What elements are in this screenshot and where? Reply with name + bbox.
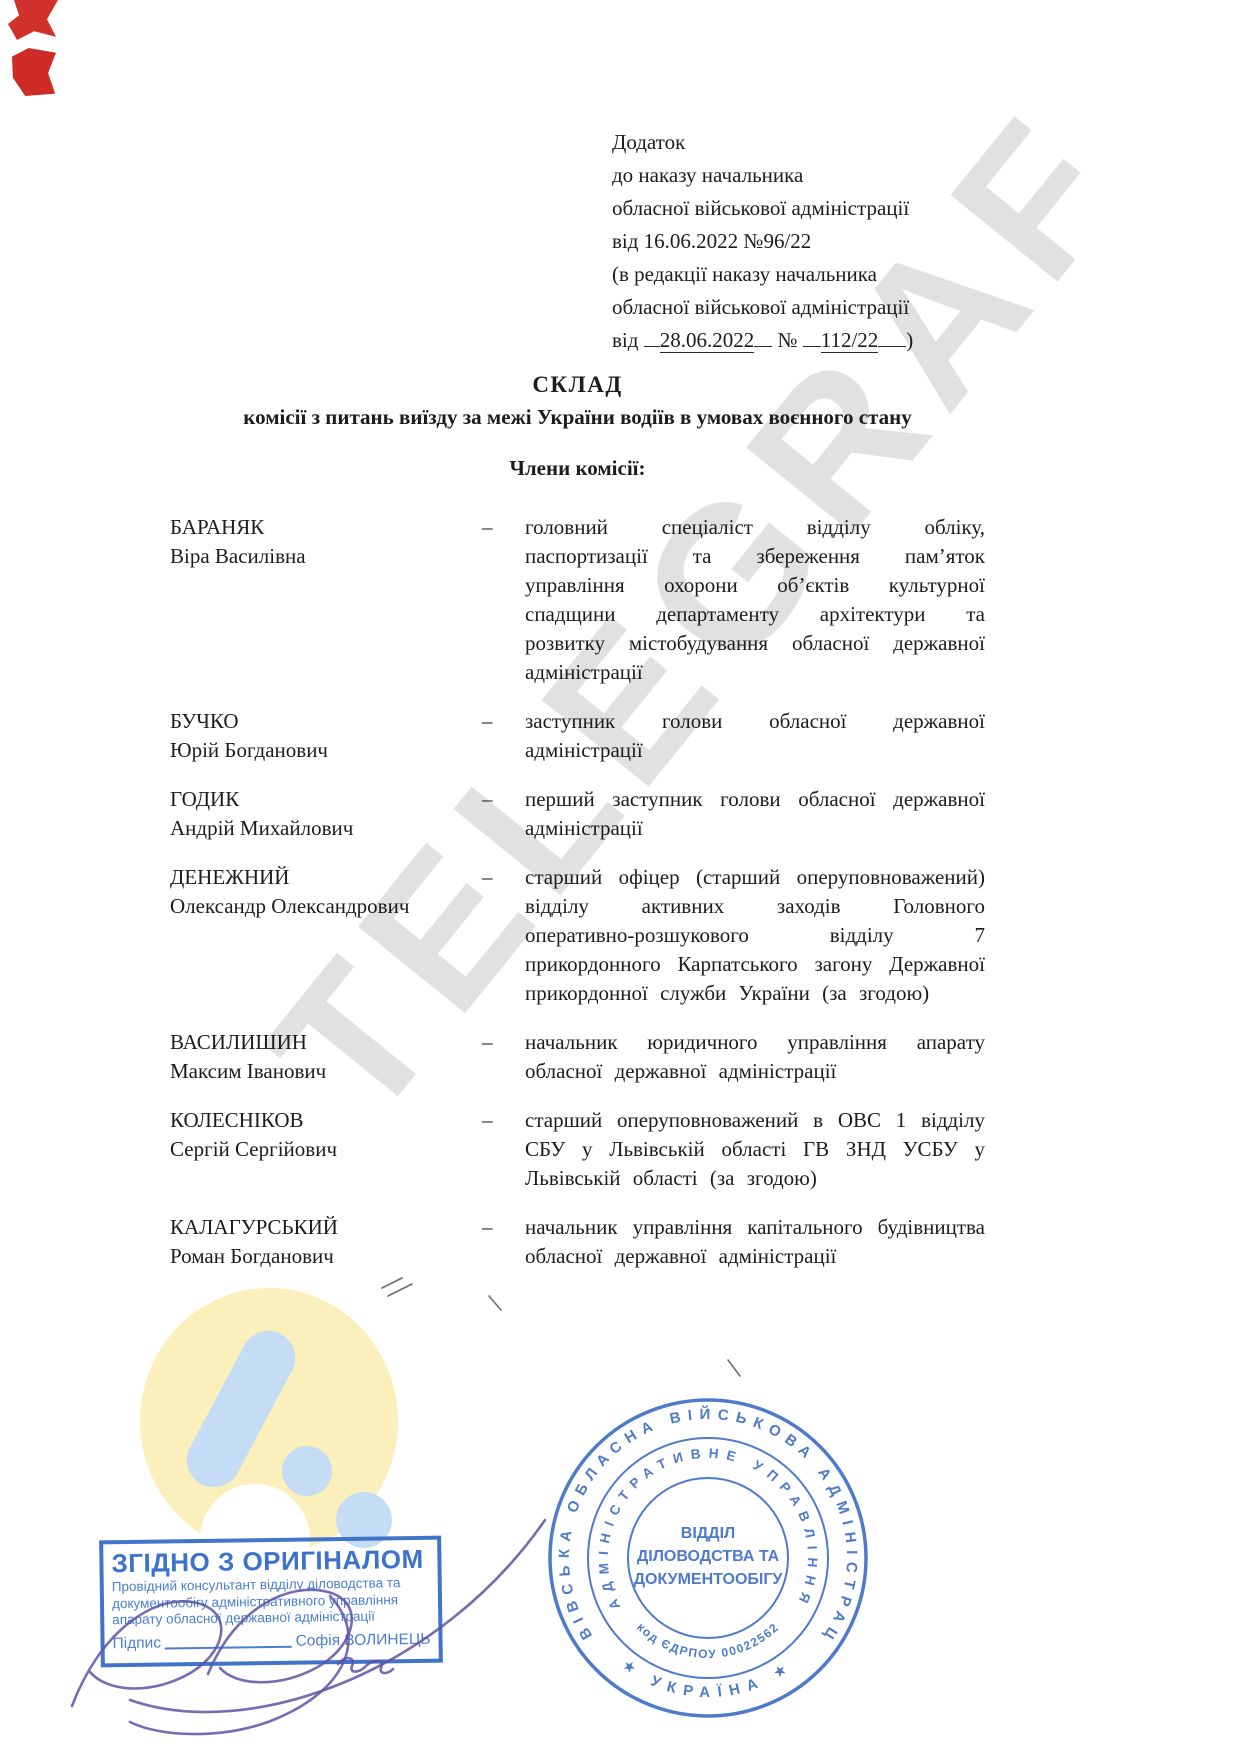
fillin-prefix: від xyxy=(612,328,638,352)
member-role: старший оперуповноважений в ОВС 1 відділ… xyxy=(525,1106,985,1193)
member-role: старший офіцер (старший оперуповноважени… xyxy=(525,863,985,1008)
member-surname: ГОДИК xyxy=(170,785,482,814)
dash-separator: – xyxy=(482,707,525,765)
member-name: КОЛЕСНІКОВ Сергій Сергійович xyxy=(170,1106,482,1193)
dash-separator: – xyxy=(482,1106,525,1193)
member-name: КАЛАГУРСЬКИЙ Роман Богданович xyxy=(170,1213,482,1271)
fillin-blank xyxy=(803,326,821,347)
member-surname: КОЛЕСНІКОВ xyxy=(170,1106,482,1135)
dash-separator: – xyxy=(482,1213,525,1271)
member-surname: ДЕНЕЖНИЙ xyxy=(170,863,482,892)
fillin-date: 28.06.2022 xyxy=(660,328,755,353)
document-title: СКЛАД xyxy=(170,370,985,399)
member-given-name: Юрій Богданович xyxy=(170,736,482,765)
certification-stamp: ЗГІДНО З ОРИГІНАЛОМ Провідний консультан… xyxy=(99,1536,443,1667)
member-row: ВАСИЛИШИН Максим Іванович – начальник юр… xyxy=(170,1028,985,1086)
member-role: начальник юридичного управління апарату … xyxy=(525,1028,985,1086)
document-body: СКЛАД комісії з питань виїзду за межі Ук… xyxy=(170,370,985,1271)
header-line: Додаток xyxy=(612,126,1042,159)
fillin-blank xyxy=(878,326,906,347)
telegraf-logo xyxy=(140,1288,398,1554)
member-name: ДЕНЕЖНИЙ Олександр Олександрович xyxy=(170,863,482,1008)
member-name: ГОДИК Андрій Михайлович xyxy=(170,785,482,843)
member-name: БУЧКО Юрій Богданович xyxy=(170,707,482,765)
member-given-name: Роман Богданович xyxy=(170,1242,482,1271)
header-line: до наказу начальника xyxy=(612,159,1042,192)
dash-separator: – xyxy=(482,1028,525,1086)
stamp-center-line: ВІДДІЛ xyxy=(681,1525,735,1542)
member-row: КОЛЕСНІКОВ Сергій Сергійович – старший о… xyxy=(170,1106,985,1193)
header-line: обласної військової адміністрації xyxy=(612,192,1042,225)
order-reference-block: Додаток до наказу начальника обласної ві… xyxy=(612,126,1042,357)
signature-label: Підпис xyxy=(112,1634,161,1653)
document-subtitle: комісії з питань виїзду за межі України … xyxy=(170,403,985,432)
member-row: ГОДИК Андрій Михайлович – перший заступн… xyxy=(170,785,985,843)
member-role: перший заступник голови обласної державн… xyxy=(525,785,985,843)
dash-separator: – xyxy=(482,863,525,1008)
header-line: обласної військової адміністрації xyxy=(612,291,1042,324)
fillin-number: 112/22 xyxy=(821,328,879,353)
member-row: КАЛАГУРСЬКИЙ Роман Богданович – начальни… xyxy=(170,1213,985,1271)
member-surname: КАЛАГУРСЬКИЙ xyxy=(170,1213,482,1242)
member-given-name: Олександр Олександрович xyxy=(170,892,482,921)
member-given-name: Сергій Сергійович xyxy=(170,1135,482,1164)
stamp-center-line: ДОКУМЕНТООБІГУ xyxy=(634,1571,784,1588)
round-official-stamp: ЛЬВІВСЬКА ОБЛАСНА ВІЙСЬКОВА АДМІНІСТРАЦІ… xyxy=(538,1388,878,1728)
round-stamp-graphic: ЛЬВІВСЬКА ОБЛАСНА ВІЙСЬКОВА АДМІНІСТРАЦІ… xyxy=(538,1388,878,1728)
member-given-name: Андрій Михайлович xyxy=(170,814,482,843)
member-row: БУЧКО Юрій Богданович – заступник голови… xyxy=(170,707,985,765)
stamp-center-line: ДІЛОВОДСТВА ТА xyxy=(637,1548,780,1565)
member-role: головний спеціаліст відділу обліку, пасп… xyxy=(525,513,985,687)
member-given-name: Максим Іванович xyxy=(170,1057,482,1086)
header-fillin-line: від 28.06.2022 № 112/22) xyxy=(612,324,1042,357)
fillin-blank xyxy=(754,326,772,347)
header-line: від 16.06.2022 №96/22 xyxy=(612,225,1042,258)
document-page: TELEGRAF Додаток до наказу начальника об… xyxy=(0,0,1240,1755)
signature-row: Підпис Софія ВОЛИНЕЦЬ xyxy=(112,1630,430,1652)
header-line: (в редакції наказу начальника xyxy=(612,258,1042,291)
certification-stamp-line: апарату обласної державної адміністрації xyxy=(112,1608,430,1629)
stamp-inner-bottom-text: код ЄДРПОУ 00022562 xyxy=(634,1620,782,1661)
member-role: начальник управління капітального будівн… xyxy=(525,1213,985,1271)
member-given-name: Віра Василівна xyxy=(170,542,482,571)
member-name: БАРАНЯК Віра Василівна xyxy=(170,513,482,687)
member-row: БАРАНЯК Віра Василівна – головний спеціа… xyxy=(170,513,985,687)
dash-separator: – xyxy=(482,513,525,687)
red-corner-artifact xyxy=(12,48,56,96)
member-surname: БУЧКО xyxy=(170,707,482,736)
svg-text:код ЄДРПОУ 00022562: код ЄДРПОУ 00022562 xyxy=(634,1620,782,1661)
signature-blank-line xyxy=(165,1645,292,1649)
member-surname: ВАСИЛИШИН xyxy=(170,1028,482,1057)
certification-stamp-title: ЗГІДНО З ОРИГІНАЛОМ xyxy=(111,1544,429,1579)
fillin-number-sign: № xyxy=(777,328,797,352)
member-surname: БАРАНЯК xyxy=(170,513,482,542)
fillin-suffix: ) xyxy=(906,328,913,352)
member-name: ВАСИЛИШИН Максим Іванович xyxy=(170,1028,482,1086)
fillin-blank xyxy=(644,326,660,347)
member-role: заступник голови обласної державної адмі… xyxy=(525,707,985,765)
red-corner-artifact xyxy=(8,0,58,40)
members-heading: Члени комісії: xyxy=(170,454,985,483)
signer-name: Софія ВОЛИНЕЦЬ xyxy=(296,1630,431,1650)
logo-dot xyxy=(282,1446,332,1496)
member-row: ДЕНЕЖНИЙ Олександр Олександрович – старш… xyxy=(170,863,985,1008)
dash-separator: – xyxy=(482,785,525,843)
